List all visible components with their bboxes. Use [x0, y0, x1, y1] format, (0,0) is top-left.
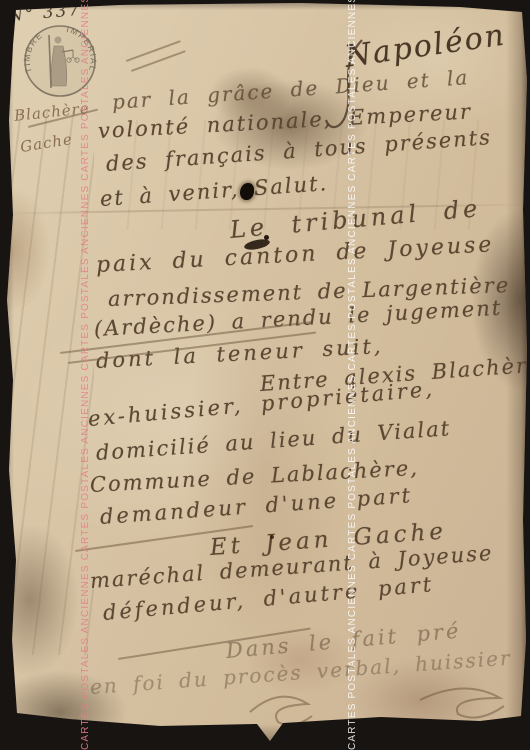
watermark-center-strip: CARTES POSTALES ANCIENNES CARTES POSTALE… — [347, 0, 358, 750]
ink-blot — [264, 235, 269, 240]
pen-flourish-stroke — [131, 50, 186, 71]
ink-blot — [270, 535, 274, 539]
manuscript-line: Napoléon — [343, 18, 508, 75]
scanned-document: TIMBRE IMPERIAL N° 337 Blachère Gache Na… — [0, 0, 530, 750]
pen-flourish-stroke — [126, 40, 181, 61]
watermark-left-strip: CARTES POSTALES ANCIENNES CARTES POSTALE… — [80, 0, 91, 750]
manuscript-line: paix du canton de Joyeuse — [95, 232, 495, 278]
